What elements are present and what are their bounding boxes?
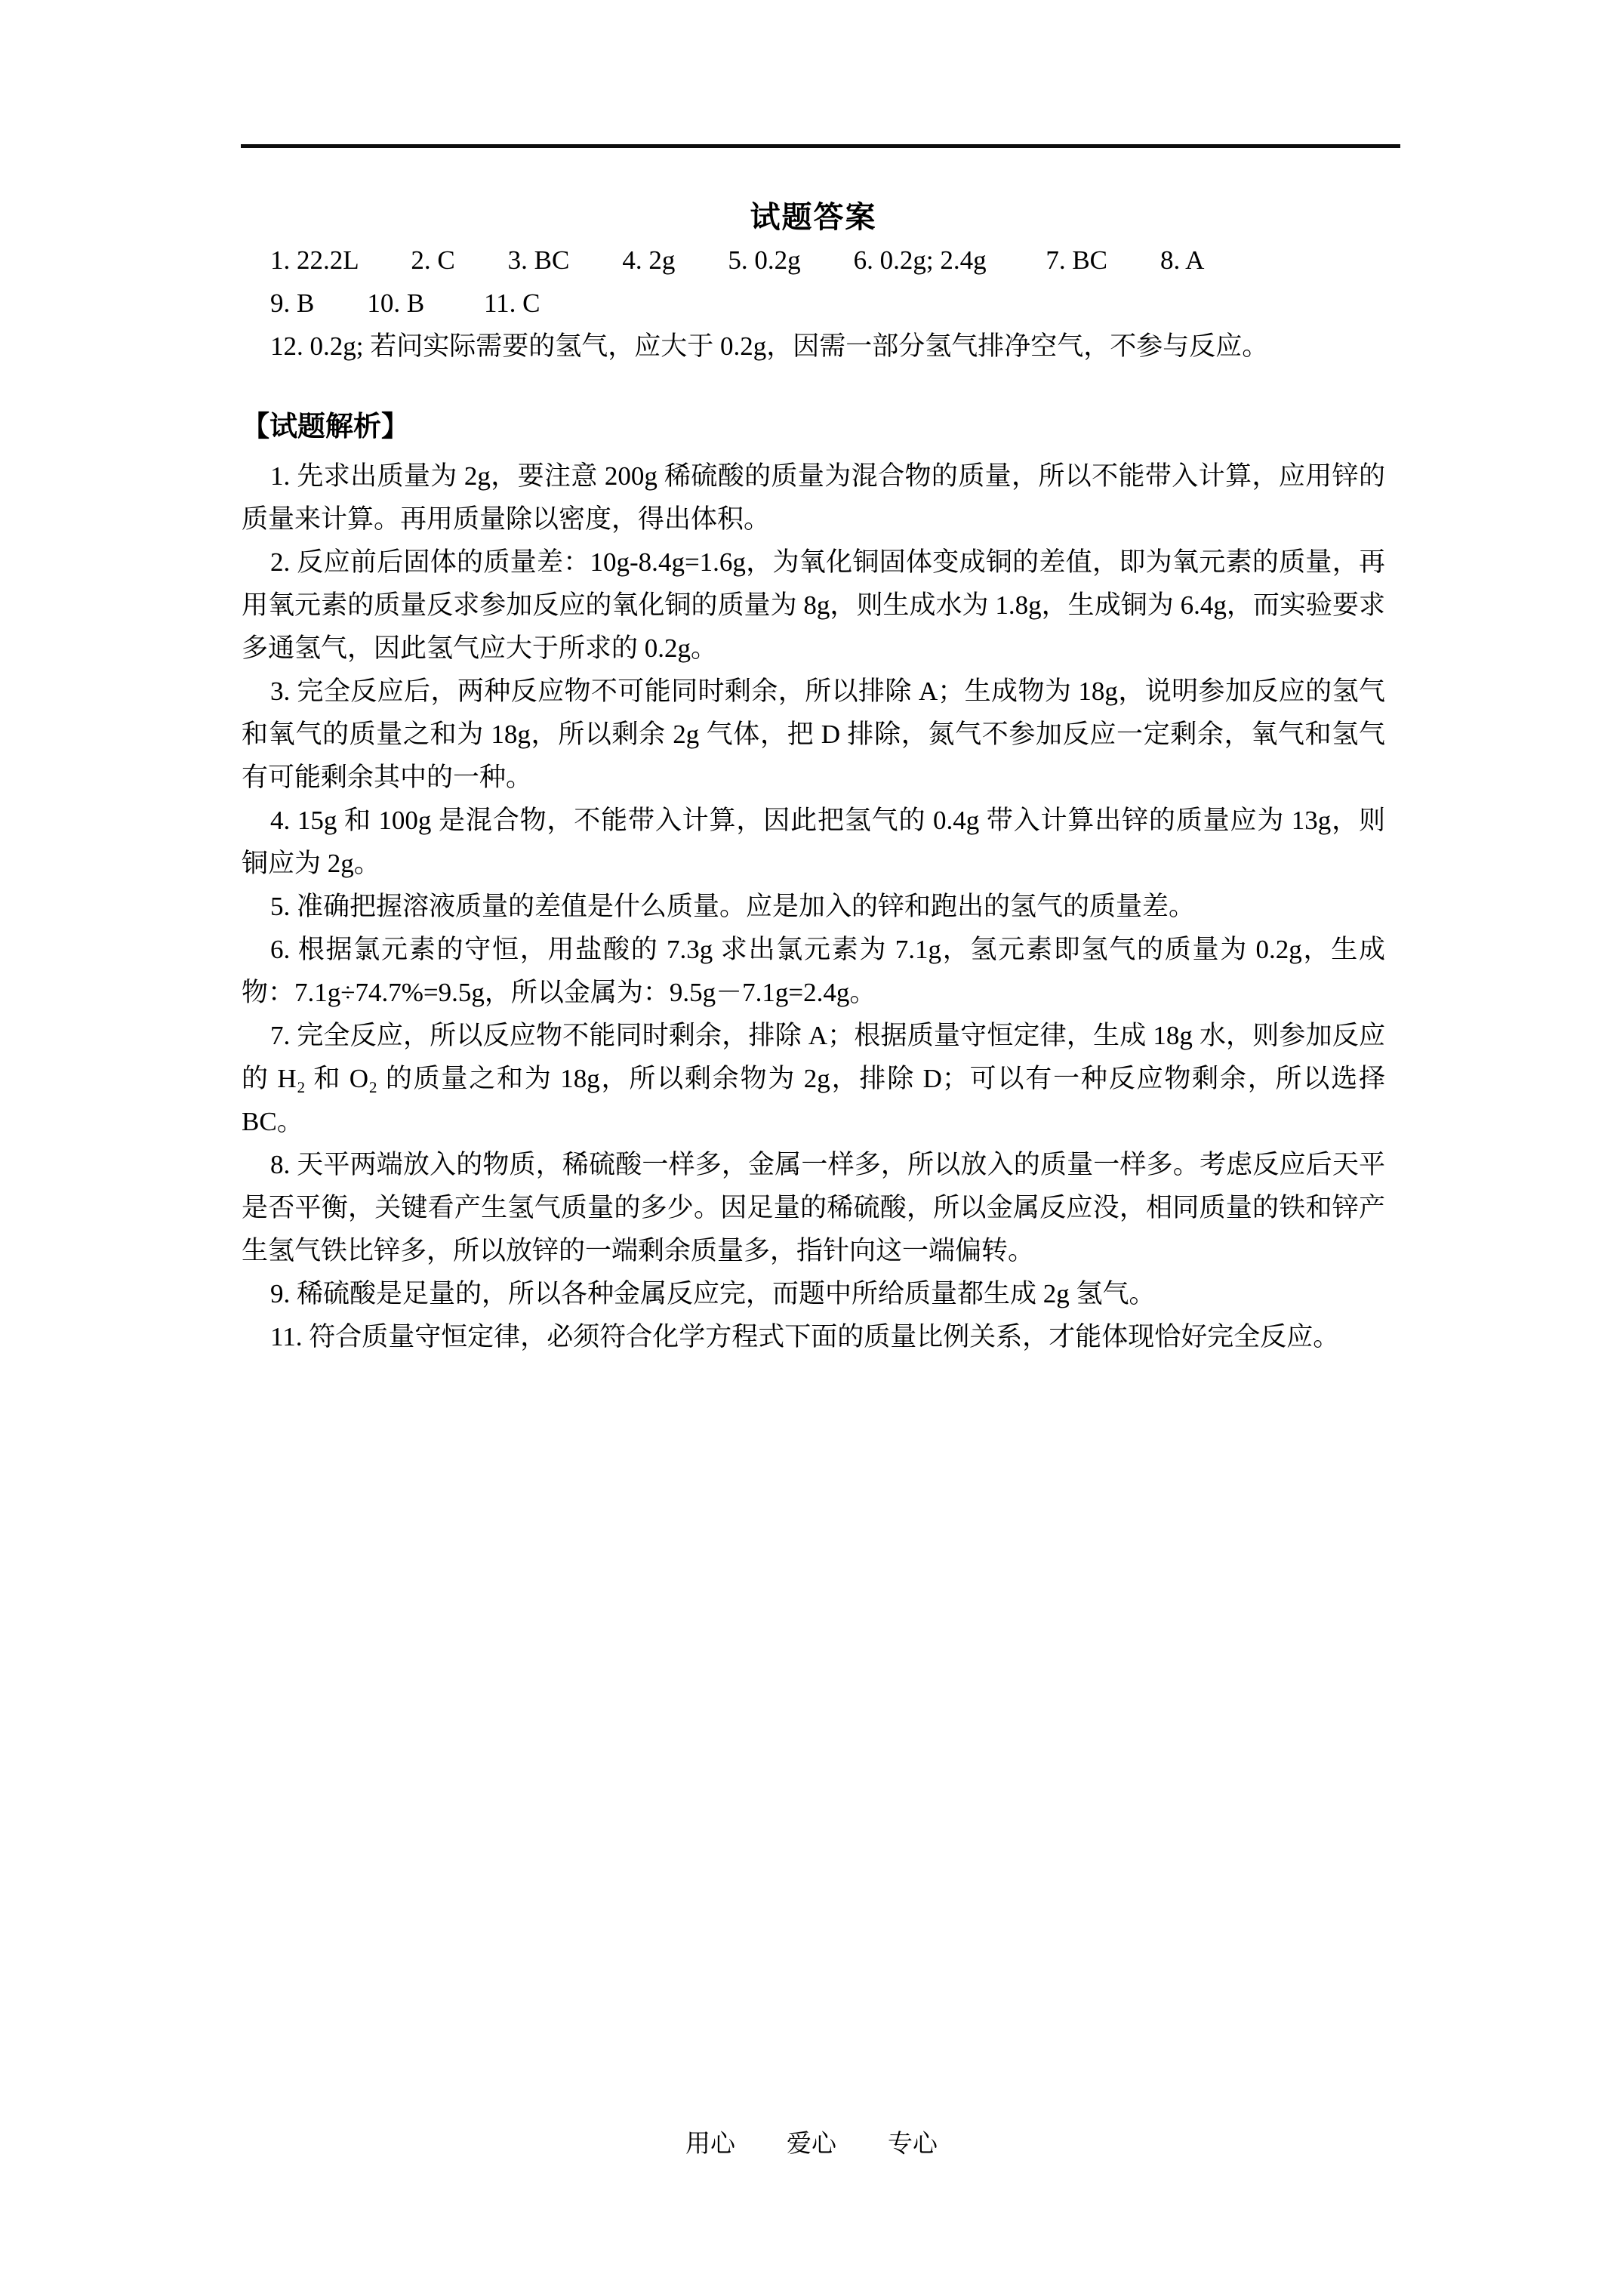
analysis-heading: 【试题解析】 bbox=[242, 405, 1385, 448]
page-title: 试题答案 bbox=[242, 196, 1385, 239]
footer-word-3: 专心 bbox=[888, 2129, 938, 2159]
page-footer: 用心 爱心 专心 bbox=[0, 2129, 1623, 2159]
answers-line-2: 9. B 10. B 11. C bbox=[242, 282, 1385, 325]
analysis-paragraph-8: 8. 天平两端放入的物质，稀硫酸一样多，金属一样多，所以放入的质量一样多。考虑反… bbox=[242, 1143, 1385, 1272]
footer-word-1: 用心 bbox=[685, 2129, 735, 2159]
analysis-paragraph-1: 1. 先求出质量为 2g，要注意 200g 稀硫酸的质量为混合物的质量，所以不能… bbox=[242, 455, 1385, 541]
header-rule bbox=[241, 144, 1400, 148]
analysis-paragraph-9: 9. 稀硫酸是足量的，所以各种金属反应完，而题中所给质量都生成 2g 氢气。 bbox=[242, 1272, 1385, 1315]
analysis-paragraph-6: 6. 根据氯元素的守恒，用盐酸的 7.3g 求出氯元素为 7.1g，氢元素即氢气… bbox=[242, 928, 1385, 1014]
page-content: 试题答案 1. 22.2L 2. C 3. BC 4. 2g 5. 0.2g 6… bbox=[242, 181, 1385, 1358]
analysis-paragraph-2: 2. 反应前后固体的质量差：10g-8.4g=1.6g，为氧化铜固体变成铜的差值… bbox=[242, 541, 1385, 670]
footer-word-2: 爱心 bbox=[787, 2129, 836, 2159]
analysis-paragraph-7: 7. 完全反应，所以反应物不能同时剩余，排除 A；根据质量守恒定律，生成 18g… bbox=[242, 1014, 1385, 1143]
analysis-paragraph-4: 4. 15g 和 100g 是混合物，不能带入计算，因此把氢气的 0.4g 带入… bbox=[242, 799, 1385, 885]
analysis-section: 1. 先求出质量为 2g，要注意 200g 稀硫酸的质量为混合物的质量，所以不能… bbox=[242, 455, 1385, 1358]
document-page: 试题答案 1. 22.2L 2. C 3. BC 4. 2g 5. 0.2g 6… bbox=[0, 0, 1623, 2296]
answers-line-12: 12. 0.2g; 若问实际需要的氢气，应大于 0.2g，因需一部分氢气排净空气… bbox=[242, 325, 1385, 368]
analysis-paragraph-5: 5. 准确把握溶液质量的差值是什么质量。应是加入的锌和跑出的氢气的质量差。 bbox=[242, 885, 1385, 928]
answers-section: 1. 22.2L 2. C 3. BC 4. 2g 5. 0.2g 6. 0.2… bbox=[242, 239, 1385, 368]
answers-line-1: 1. 22.2L 2. C 3. BC 4. 2g 5. 0.2g 6. 0.2… bbox=[242, 239, 1385, 282]
analysis-paragraph-11: 11. 符合质量守恒定律，必须符合化学方程式下面的质量比例关系，才能体现恰好完全… bbox=[242, 1315, 1385, 1358]
analysis-paragraph-3: 3. 完全反应后，两种反应物不可能同时剩余，所以排除 A；生成物为 18g，说明… bbox=[242, 670, 1385, 799]
